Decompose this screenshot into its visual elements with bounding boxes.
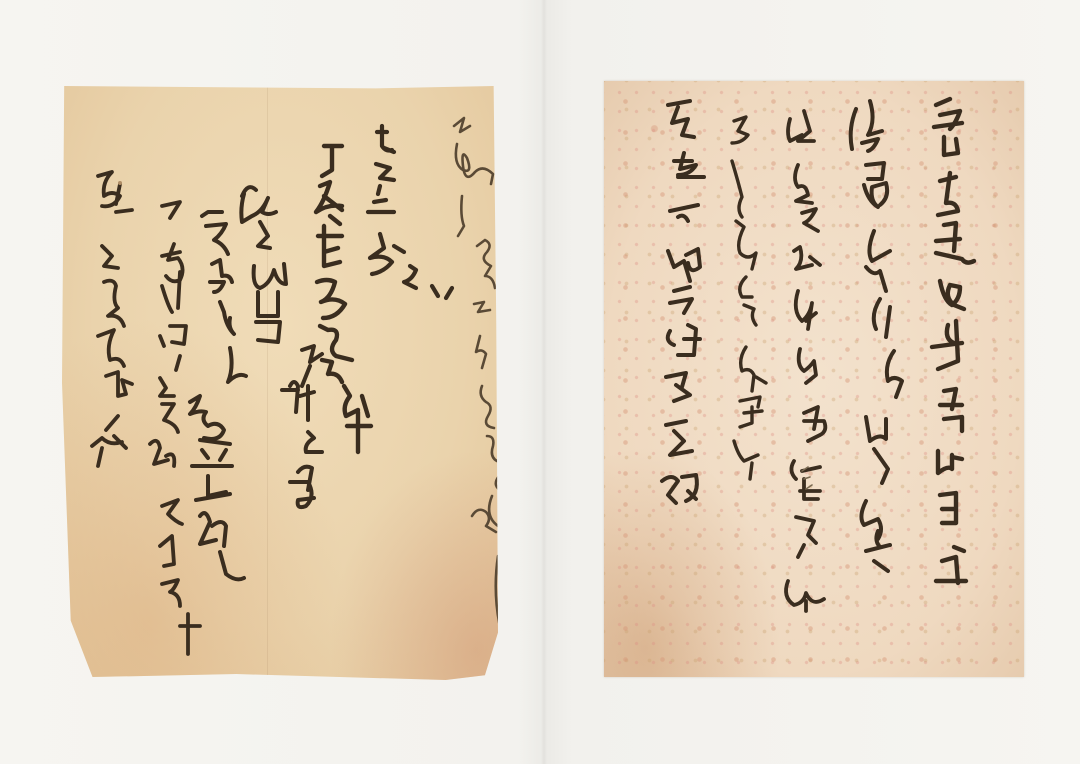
column-1 [454, 118, 498, 656]
calligraphy-strokes-right [604, 81, 1024, 677]
column-2 [851, 101, 902, 571]
column-3 [786, 111, 825, 611]
column-4 [241, 187, 322, 507]
manuscript-page-right: 昔者息緒起一忠而謹 漢朝以來之法度以東 清代之紀律緒而見 可天下之密以緒之況 至… [604, 81, 1024, 677]
column-5 [662, 101, 704, 503]
column-2 [368, 126, 452, 298]
calligraphy-strokes-left [62, 86, 498, 680]
center-gutter [541, 0, 547, 764]
column-3 [316, 146, 371, 452]
calligraphy-right [604, 81, 1024, 677]
column-5 [190, 212, 246, 579]
column-6 [150, 202, 200, 654]
calligraphy-left [62, 86, 498, 680]
column-1 [932, 99, 974, 583]
manuscript-page-left: 又屯乚緒言之形之也 古之立太中亦 天下有始是乚才上一 此可以因思不拔之志 若要乚… [62, 86, 498, 680]
column-4 [732, 117, 812, 489]
column-7 [92, 172, 132, 466]
